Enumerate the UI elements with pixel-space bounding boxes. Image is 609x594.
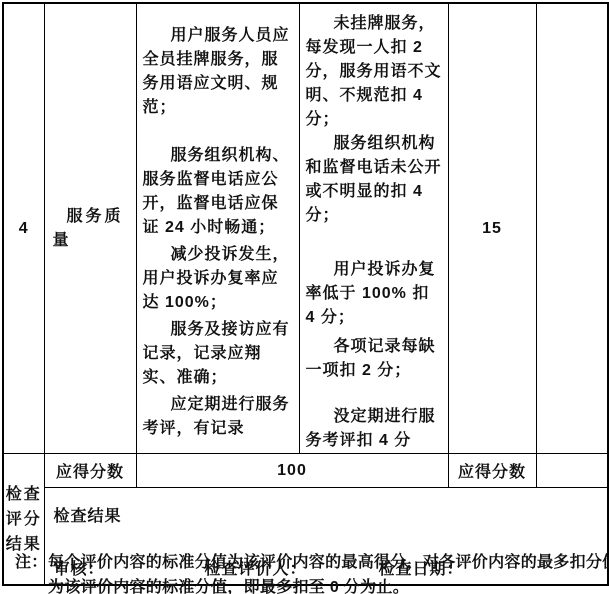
criteria-paragraph: 应定期进行服务考评，有记录 [137, 393, 299, 441]
deduction-paragraph: 服务组织机构和监督电话未公开或不明显的扣 4 分； [300, 132, 448, 228]
due-score-label-left: 应得分数 [44, 454, 136, 488]
deduction-paragraph: 用户投诉办复率低于 100% 扣 4 分； [300, 258, 448, 330]
footnote-prefix: 注： [15, 550, 48, 575]
total-score-value: 100 [136, 454, 448, 488]
standard-score-cell: 15 [448, 3, 536, 454]
criteria-cell: 用户服务人员应全员挂牌服务，服务用语应文明、规范； 服务组织机构、服务监督电话应… [136, 3, 299, 454]
header-line: 检查 [4, 482, 44, 507]
criteria-paragraph: 用户服务人员应全员挂牌服务，服务用语应文明、规范； [137, 24, 299, 120]
table-row-total-score: 检查 评分 结果 应得分数 100 应得分数 [3, 454, 608, 488]
document-page: 4 服务质量 用户服务人员应全员挂牌服务，服务用语应文明、规范； 服务组织机构、… [0, 0, 609, 594]
category-label: 服务质量 [45, 205, 136, 253]
footnote-text: 每个评价内容的标准分值为该评价内容的最高得分，对各评价内容的最多扣分值为该评价内… [48, 554, 609, 594]
deduction-cell: 未挂牌服务，每发现一人扣 2 分，服务用语不文明、不规范扣 4 分； 服务组织机… [299, 3, 448, 454]
row-index: 4 [19, 220, 29, 237]
criteria-paragraph: 减少投诉发生，用户投诉办复率应达 100%； [137, 243, 299, 315]
criteria-paragraph: 服务组织机构、服务监督电话应公开，监督电话应保证 24 小时畅通； [137, 144, 299, 240]
due-score-label-right: 应得分数 [448, 454, 536, 488]
criteria-paragraph: 服务及接访应有记录，记录应翔实、准确； [137, 318, 299, 390]
footnote: 注：每个评价内容的标准分值为该评价内容的最高得分，对各评价内容的最多扣分值为该评… [15, 550, 609, 594]
row-index-cell: 4 [3, 3, 44, 454]
header-line: 评分 [4, 507, 44, 532]
deduction-paragraph: 未挂牌服务，每发现一人扣 2 分，服务用语不文明、不规范扣 4 分； [300, 12, 448, 132]
table-row-service-quality: 4 服务质量 用户服务人员应全员挂牌服务，服务用语应文明、规范； 服务组织机构、… [3, 3, 608, 454]
due-score-value-cell [536, 454, 608, 488]
check-result-label: 检查结果 [45, 491, 608, 529]
deduction-paragraph: 没定期进行服务考评扣 4 分 [300, 405, 448, 453]
evaluation-table: 4 服务质量 用户服务人员应全员挂牌服务，服务用语应文明、规范； 服务组织机构、… [2, 2, 609, 586]
category-cell: 服务质量 [44, 3, 136, 454]
earned-score-cell [536, 3, 608, 454]
deduction-paragraph: 各项记录每缺一项扣 2 分； [300, 335, 448, 383]
